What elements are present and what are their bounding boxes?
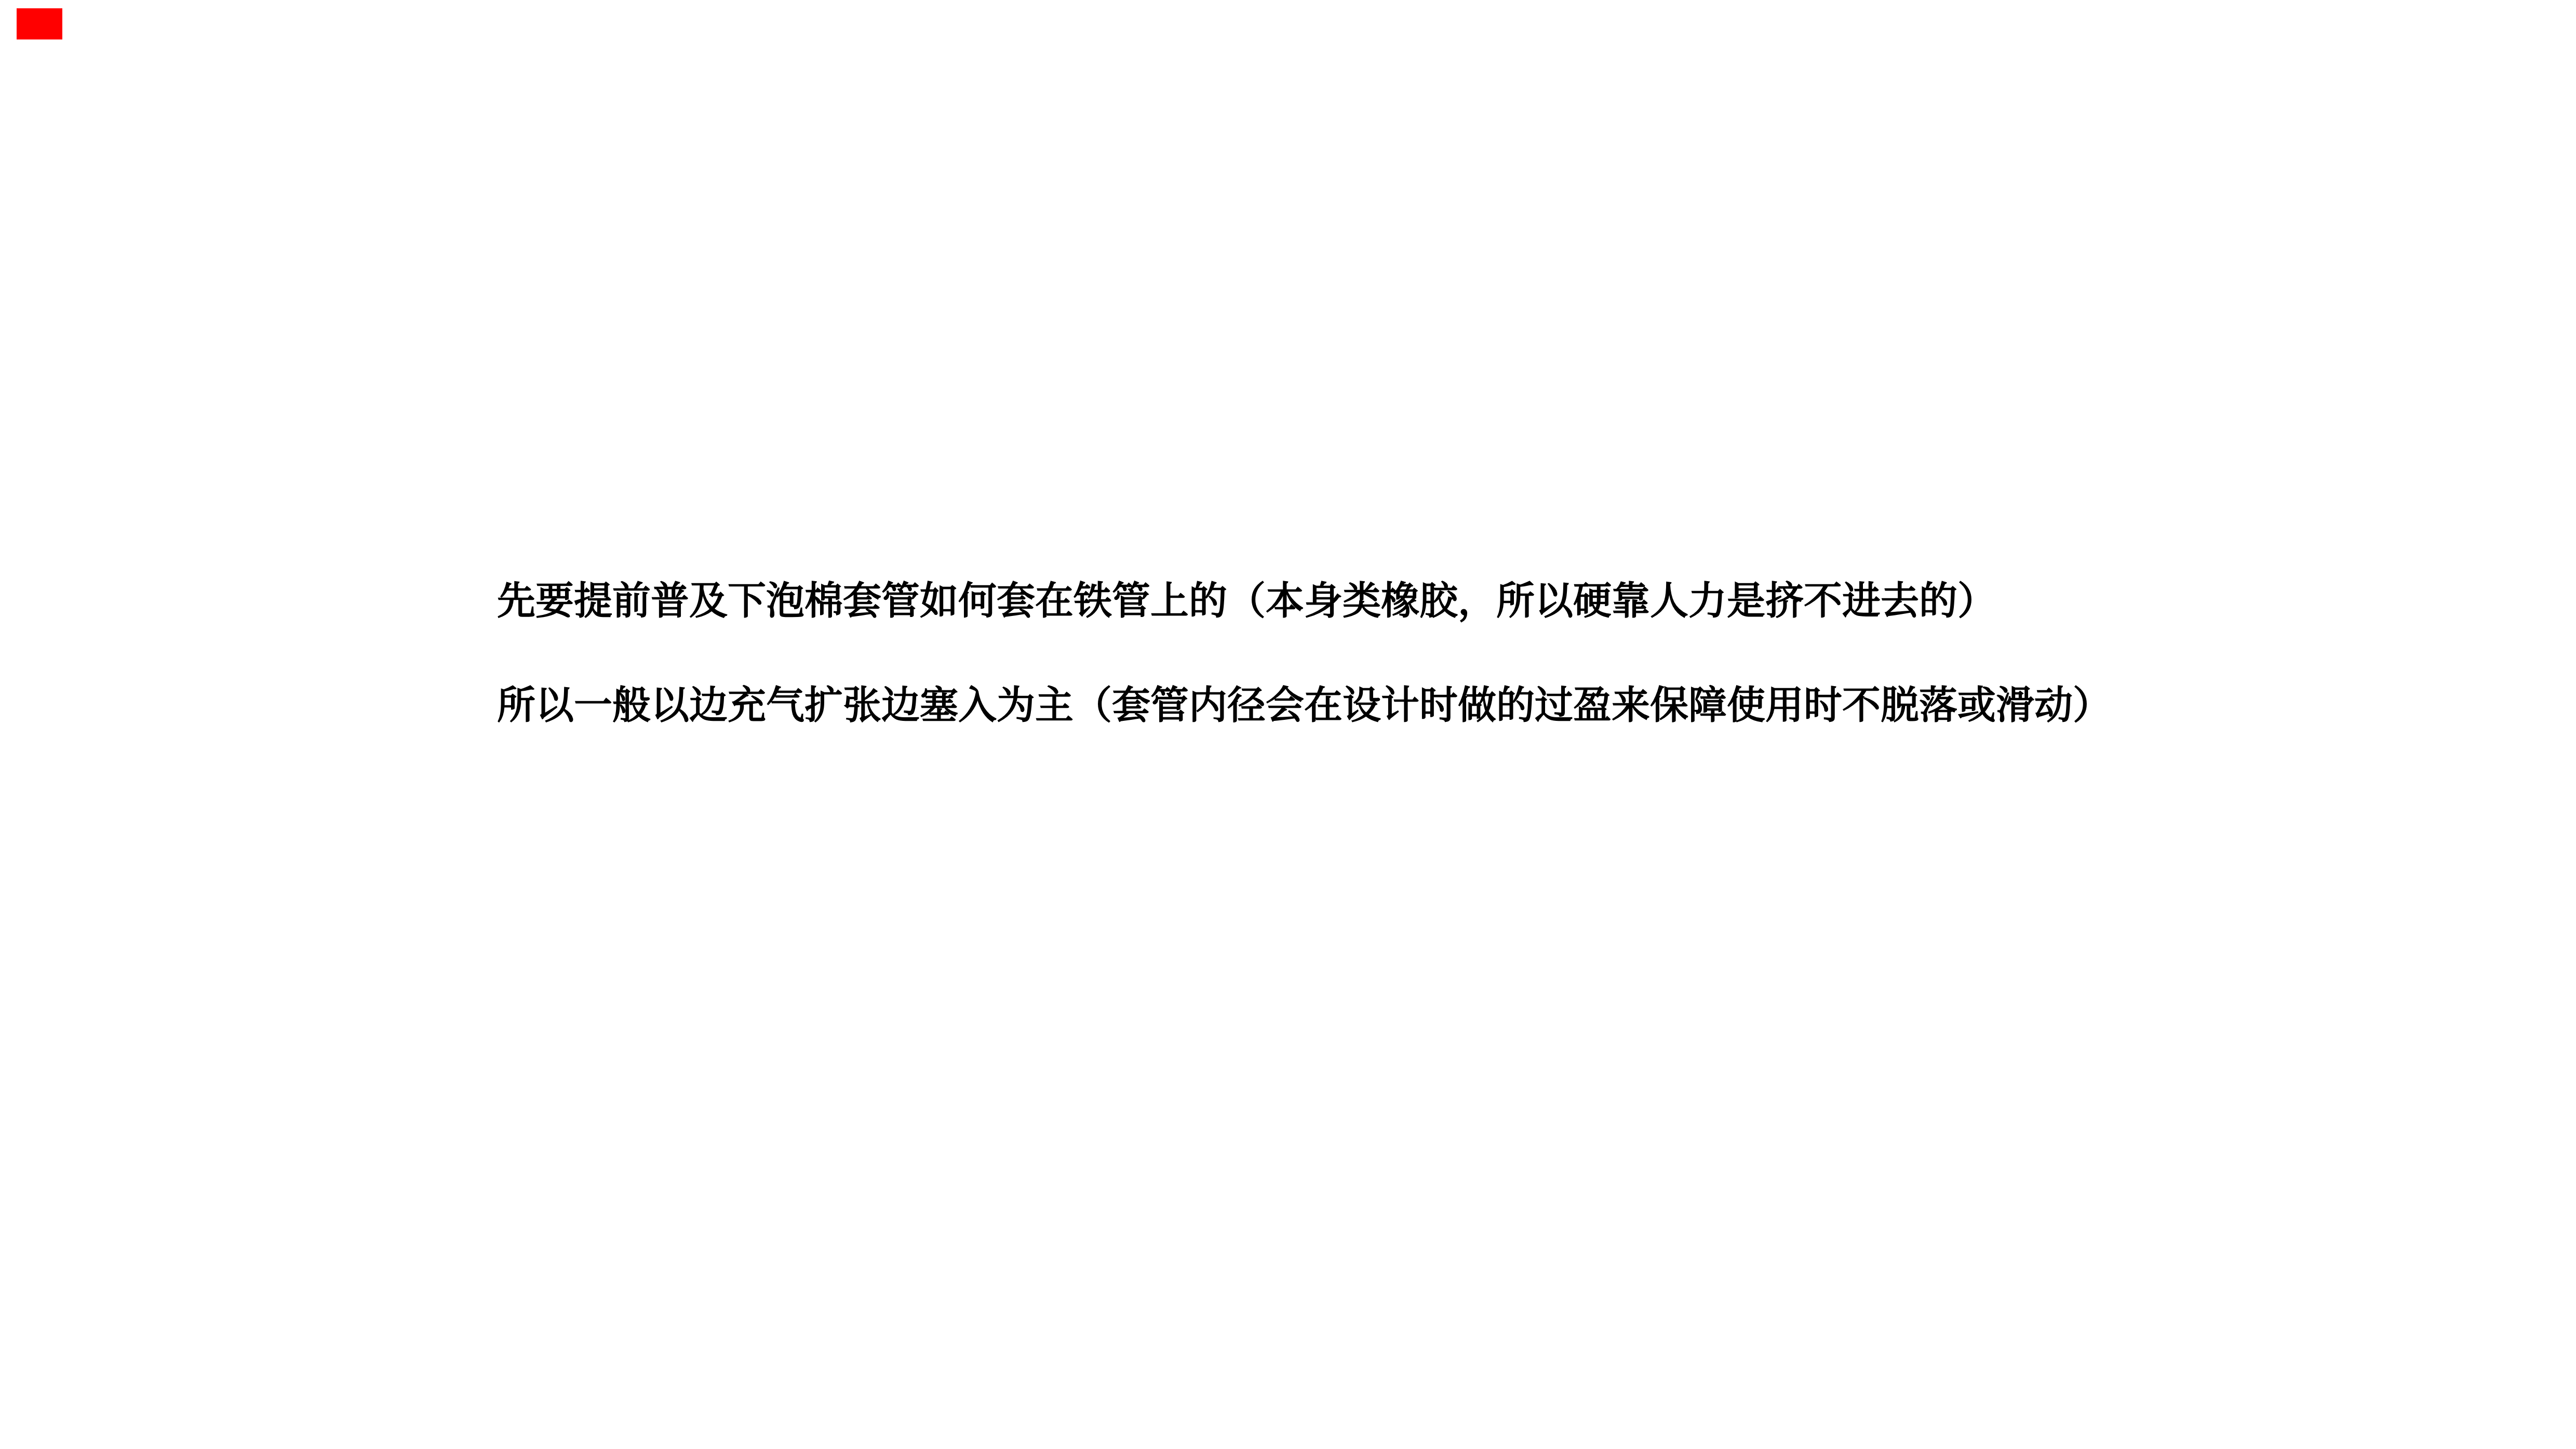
note-line-2: 所以一般以边充气扩张边塞入为主（套管内径会在设计时做的过盈来保障使用时不脱落或滑… bbox=[497, 686, 2211, 725]
note-line-1: 先要提前普及下泡棉套管如何套在铁管上的（本身类橡胶，所以硬靠人力是挤不进去的） bbox=[497, 582, 2211, 620]
page-canvas: 先要提前普及下泡棉套管如何套在铁管上的（本身类橡胶，所以硬靠人力是挤不进去的） … bbox=[0, 0, 2576, 1449]
note-text-block: 先要提前普及下泡棉套管如何套在铁管上的（本身类橡胶，所以硬靠人力是挤不进去的） … bbox=[497, 582, 2211, 725]
red-marker bbox=[17, 8, 62, 39]
